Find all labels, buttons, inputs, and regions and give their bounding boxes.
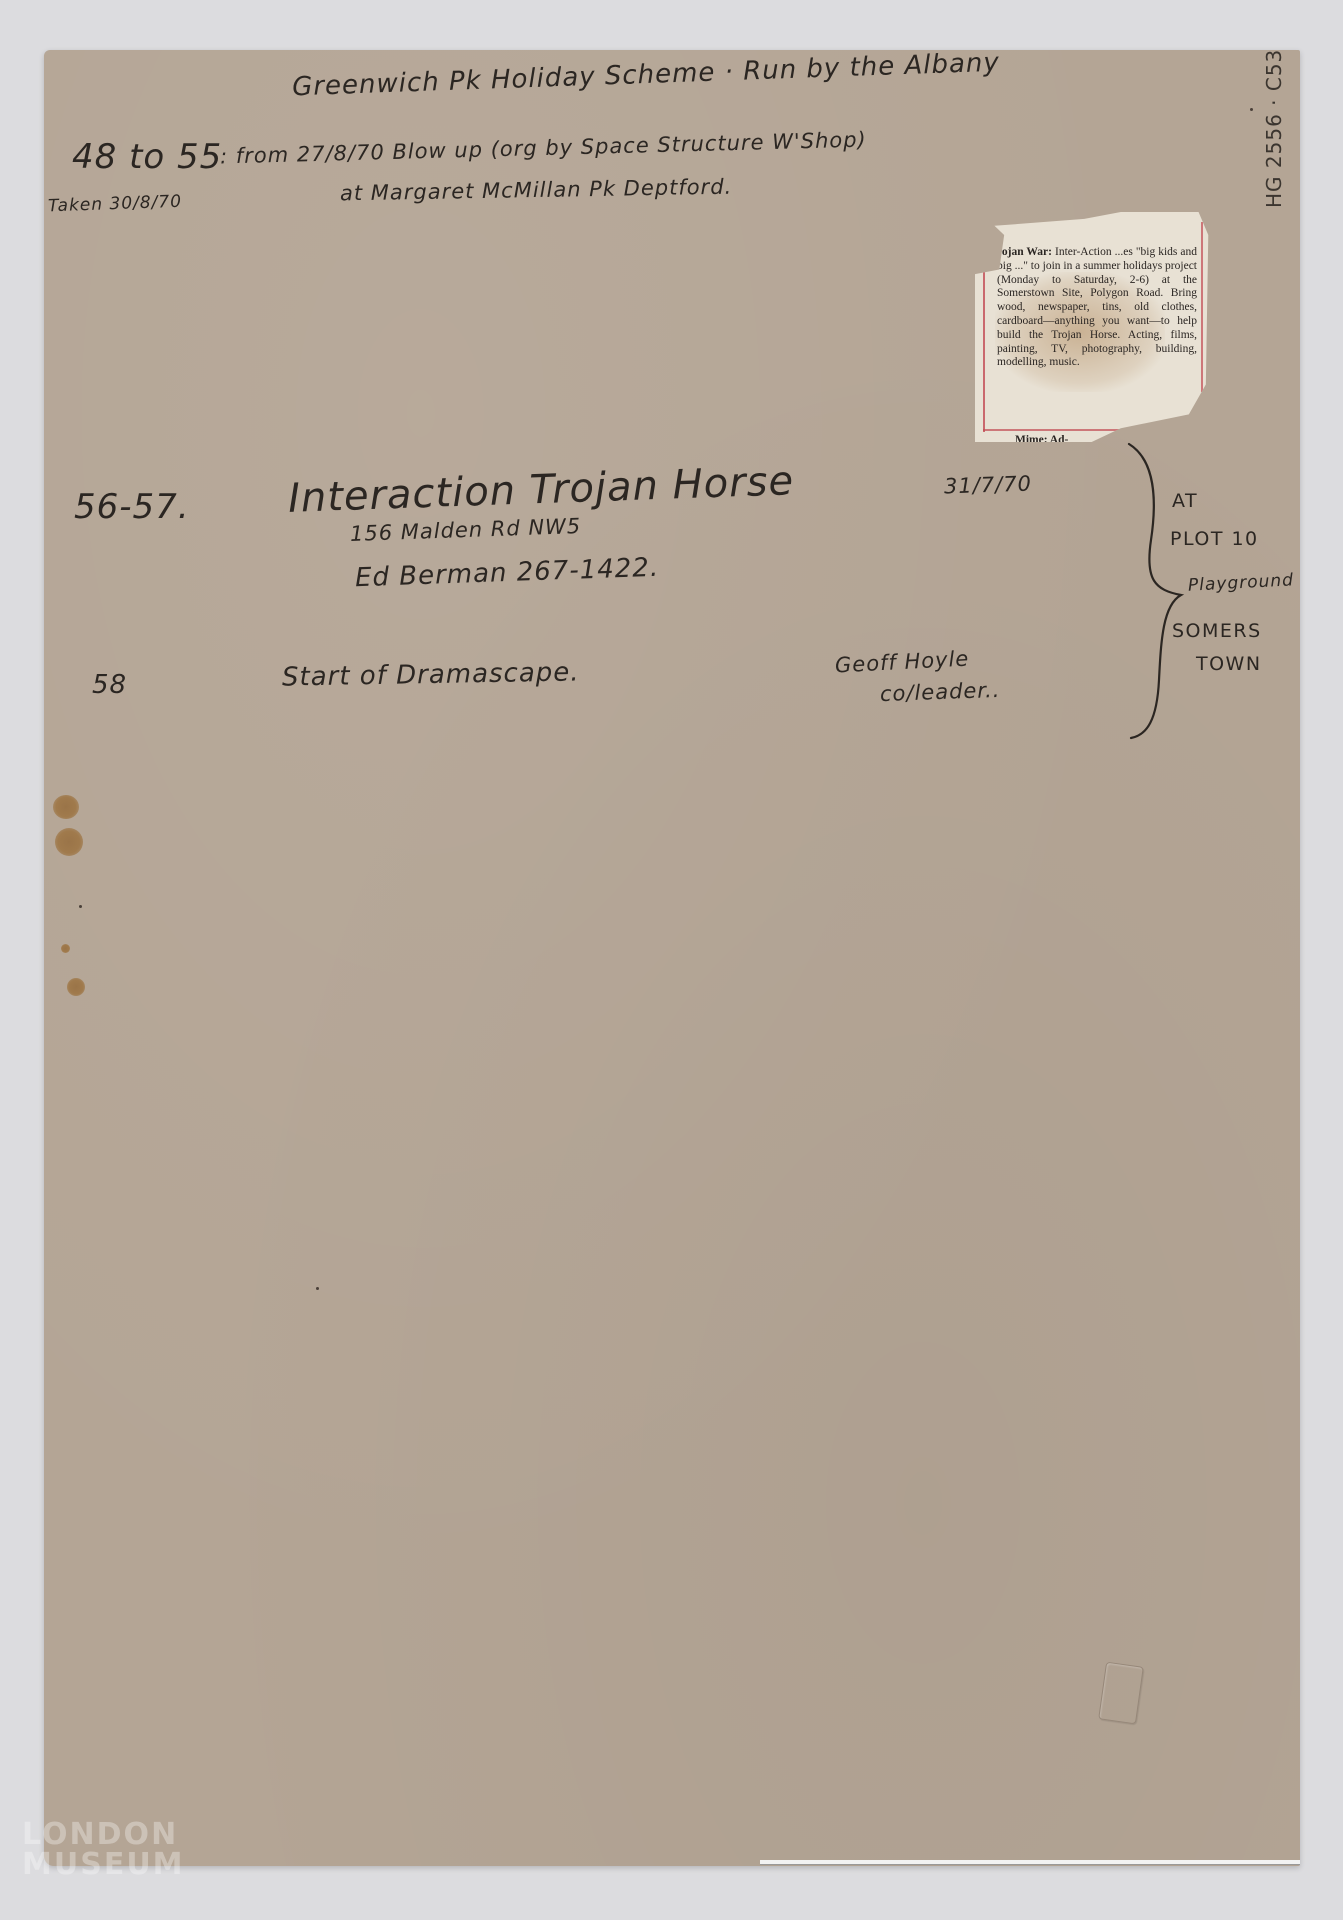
stain-mark	[67, 978, 85, 996]
clipping-text: rojan War: Inter-Action ...es "big kids …	[997, 246, 1197, 370]
ink-speck	[1250, 108, 1253, 111]
stain-mark	[55, 828, 83, 856]
entry-range: 56-57.	[74, 490, 190, 524]
side-note-line: TOWN	[1196, 655, 1262, 674]
call-number: HG 2556 · C53	[1262, 49, 1286, 208]
newspaper-clipping: rojan War: Inter-Action ...es "big kids …	[975, 212, 1218, 442]
side-note-line: PLOT 10	[1170, 530, 1259, 549]
clipping-heading: rojan War:	[997, 246, 1052, 258]
museum-watermark: LONDON MUSEUM	[22, 1820, 185, 1880]
stain-mark	[53, 795, 79, 819]
entry-role: co/leader..	[880, 680, 1001, 705]
page-edge	[760, 1860, 1300, 1865]
watermark-line: MUSEUM	[22, 1850, 185, 1880]
clipping-footer: Mime: Ad-	[1015, 434, 1068, 442]
red-pencil-mark	[983, 429, 1133, 431]
red-pencil-mark	[1201, 222, 1203, 392]
ink-speck	[316, 1287, 319, 1290]
side-note-line: SOMERS	[1172, 622, 1262, 641]
red-pencil-mark	[983, 272, 985, 432]
ink-speck	[79, 905, 82, 908]
entry-range: 58	[92, 672, 127, 698]
curly-brace-mark	[1125, 440, 1185, 740]
entry-date: 31/7/70	[944, 473, 1033, 497]
entry-range: 48 to 55	[72, 140, 222, 174]
clipping-body: Inter-Action ...es "big kids and big ...…	[997, 246, 1197, 368]
stain-mark	[61, 944, 70, 953]
side-note-line: AT	[1172, 492, 1198, 511]
embossed-stamp	[1098, 1662, 1144, 1725]
entry-title: Start of Dramascape.	[282, 659, 580, 690]
entry-taken-date: Taken 30/8/70	[48, 194, 183, 216]
watermark-line: LONDON	[22, 1820, 185, 1850]
